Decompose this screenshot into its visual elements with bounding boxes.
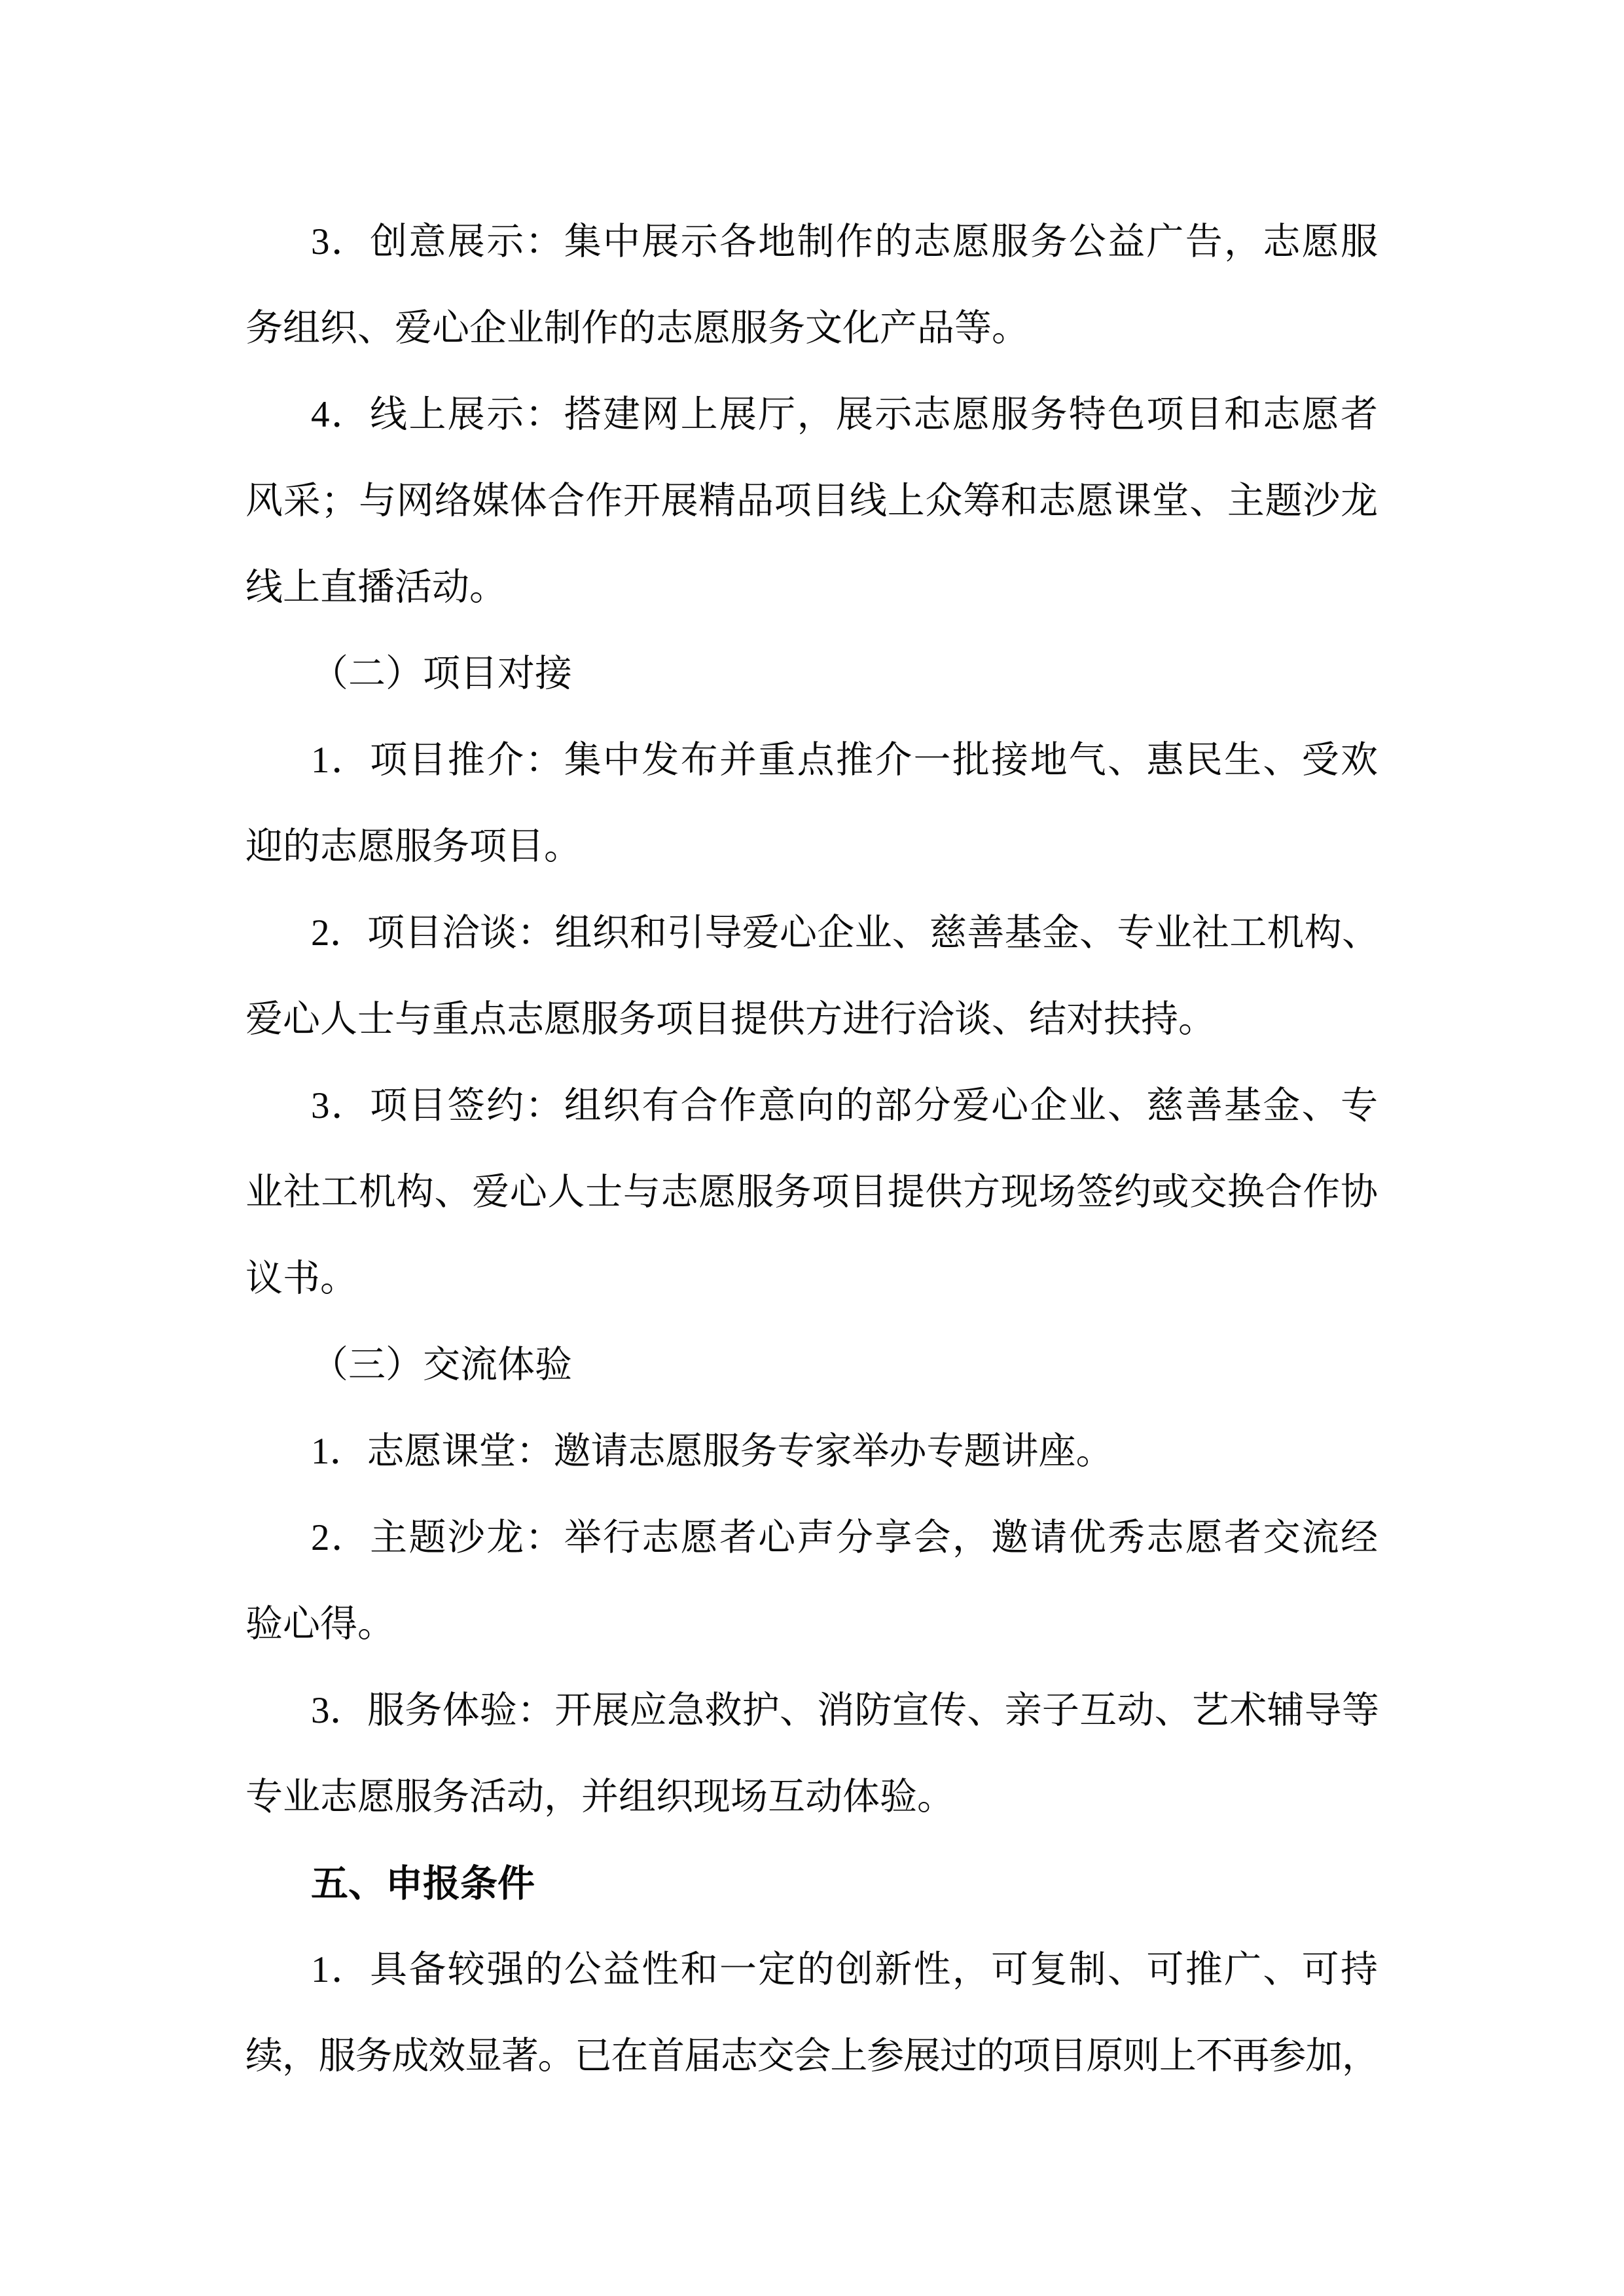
paragraph-line: 3．创意展示：集中展示各地制作的志愿服务公益广告，志愿服: [245, 199, 1378, 285]
paragraph-line: 风采；与网络媒体合作开展精品项目线上众筹和志愿课堂、主题沙龙: [245, 458, 1378, 545]
paragraph-line: 爱心人士与重点志愿服务项目提供方进行洽谈、结对扶持。: [245, 977, 1378, 1063]
paragraph-line: 3．项目签约：组织有合作意向的部分爱心企业、慈善基金、专: [245, 1063, 1378, 1149]
paragraph-line: 续，服务成效显著。已在首届志交会上参展过的项目原则上不再参加，: [245, 2013, 1378, 2100]
subsection-heading: （二）项目对接: [245, 631, 1378, 717]
paragraph-line: 务组织、爱心企业制作的志愿服务文化产品等。: [245, 285, 1378, 372]
paragraph-line: 迎的志愿服务项目。: [245, 804, 1378, 890]
paragraph-line: 1．具备较强的公益性和一定的创新性，可复制、可推广、可持: [245, 1927, 1378, 2013]
paragraph-line: 专业志愿服务活动，并组织现场互动体验。: [245, 1754, 1378, 1840]
subsection-heading: （三）交流体验: [245, 1322, 1378, 1408]
paragraph-line: 4．线上展示：搭建网上展厅，展示志愿服务特色项目和志愿者: [245, 372, 1378, 458]
paragraph-line: 3．服务体验：开展应急救护、消防宣传、亲子互动、艺术辅导等: [245, 1668, 1378, 1754]
paragraph-line: 1．项目推介：集中发布并重点推介一批接地气、惠民生、受欢: [245, 717, 1378, 804]
paragraph-line: 业社工机构、爱心人士与志愿服务项目提供方现场签约或交换合作协: [245, 1149, 1378, 1236]
document-text-block: 3．创意展示：集中展示各地制作的志愿服务公益广告，志愿服 务组织、爱心企业制作的…: [245, 199, 1378, 2100]
paragraph-line: 2．项目洽谈：组织和引导爱心企业、慈善基金、专业社工机构、: [245, 890, 1378, 977]
paragraph-line: 1．志愿课堂：邀请志愿服务专家举办专题讲座。: [245, 1408, 1378, 1495]
paragraph-line: 线上直播活动。: [245, 545, 1378, 631]
document-page: 3．创意展示：集中展示各地制作的志愿服务公益广告，志愿服 务组织、爱心企业制作的…: [0, 0, 1624, 2296]
section-heading: 五、申报条件: [245, 1840, 1378, 1927]
paragraph-line: 2．主题沙龙：举行志愿者心声分享会，邀请优秀志愿者交流经: [245, 1495, 1378, 1581]
paragraph-line: 议书。: [245, 1236, 1378, 1322]
paragraph-line: 验心得。: [245, 1581, 1378, 1668]
